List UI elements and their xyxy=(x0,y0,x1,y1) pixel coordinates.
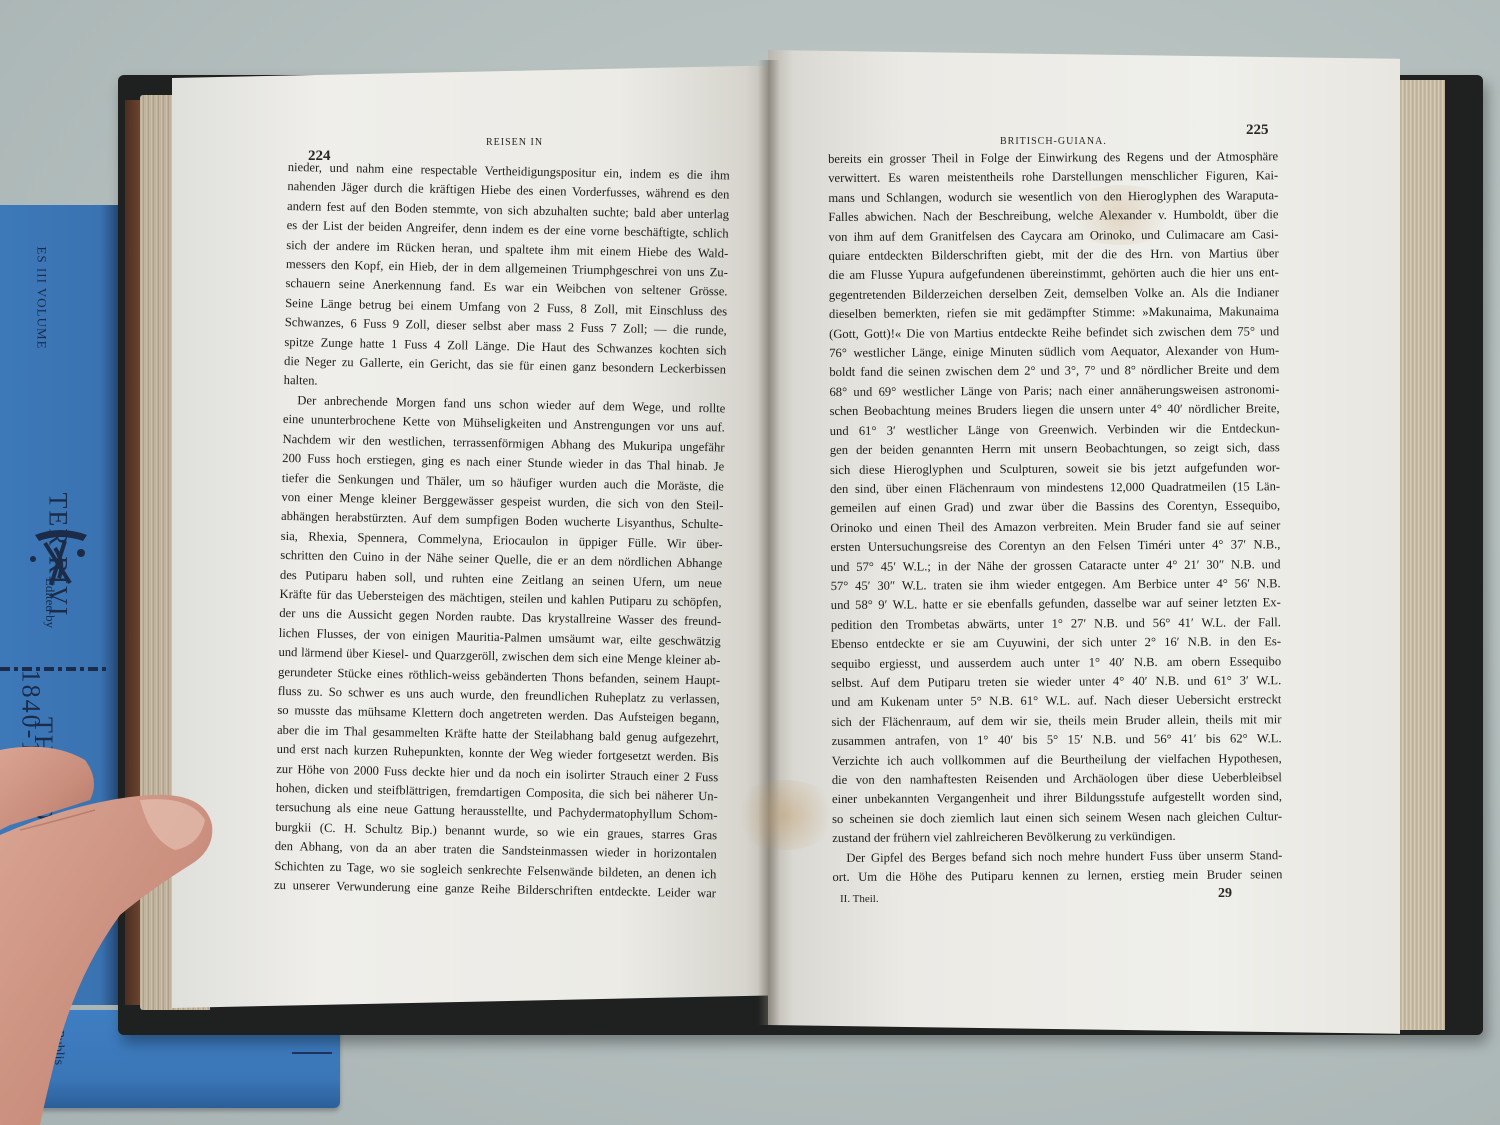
hand xyxy=(0,740,215,1125)
text-line: ersten Untersuchungsreise des Corentyn a… xyxy=(830,535,1280,557)
text-line: einer unbekannten Vergangenheit und ihre… xyxy=(832,788,1282,810)
text-line: und 57° 45′ W.L.; in der Nähe der grosse… xyxy=(830,555,1280,577)
text-line: schen Beobachtung meines Bruders liegen … xyxy=(830,400,1280,422)
blue-book-edited-by: Edited by xyxy=(42,578,58,628)
left-page-text: nieder, und nahm eine respectable Verthe… xyxy=(274,158,730,904)
text-line: Ebenso entdeckte er sie am Cuyuwini, der… xyxy=(831,632,1281,654)
text-line: zusammen antrafen, von 1° 40′ bis 5° 15′… xyxy=(832,729,1282,751)
signature-mark: 29 xyxy=(1218,886,1232,902)
left-running-head: REISEN IN xyxy=(486,137,543,148)
text-line: die am Flusse Yupura aufgefundenen übere… xyxy=(829,264,1279,286)
text-line: verwittert. Es waren meistentheils rohe … xyxy=(828,167,1278,189)
text-line: gen der beiden genannten Herrn mit unser… xyxy=(830,438,1280,460)
text-line: sich diese Hieroglyphen und Sculpturen, … xyxy=(830,458,1280,480)
text-line: boldt fand die seinen zwischen dem 2° un… xyxy=(829,361,1279,383)
text-line: dieselben bemerkten, riefen sie mit gedä… xyxy=(829,302,1279,324)
text-line: so scheinen sie doch ziemlich laut einen… xyxy=(832,807,1282,829)
book-gutter xyxy=(758,60,780,1025)
foxing-stain xyxy=(730,780,840,850)
text-line: ort. Um die Höhe des Putiparu kennen zu … xyxy=(832,865,1282,887)
text-line: Falles abwichen. Nach der Beschreibung, … xyxy=(828,205,1278,227)
page-stack-right xyxy=(1395,80,1445,1030)
right-page-footer: II. Theil. xyxy=(840,893,879,905)
right-page-text: bereits ein grosser Theil in Folge der E… xyxy=(828,147,1282,887)
blue-book-edge-line xyxy=(292,1052,332,1054)
blue-book-volume-text: ES III VOLUME xyxy=(34,246,50,349)
right-running-head: BRITISCH-GUIANA. xyxy=(1000,136,1107,147)
text-line: gemeilen auf einen Grad) und zwar über d… xyxy=(830,497,1280,519)
text-line: sequibo ergiesst, und ausserdem auch unt… xyxy=(831,652,1281,674)
text-line: und 58° 9′ W.L. hatte er sie ebenfalls g… xyxy=(831,594,1281,616)
right-page-number: 225 xyxy=(1246,122,1269,139)
text-line: und am Kukenam unter 5° N.B. 61° W.L. au… xyxy=(831,691,1281,713)
